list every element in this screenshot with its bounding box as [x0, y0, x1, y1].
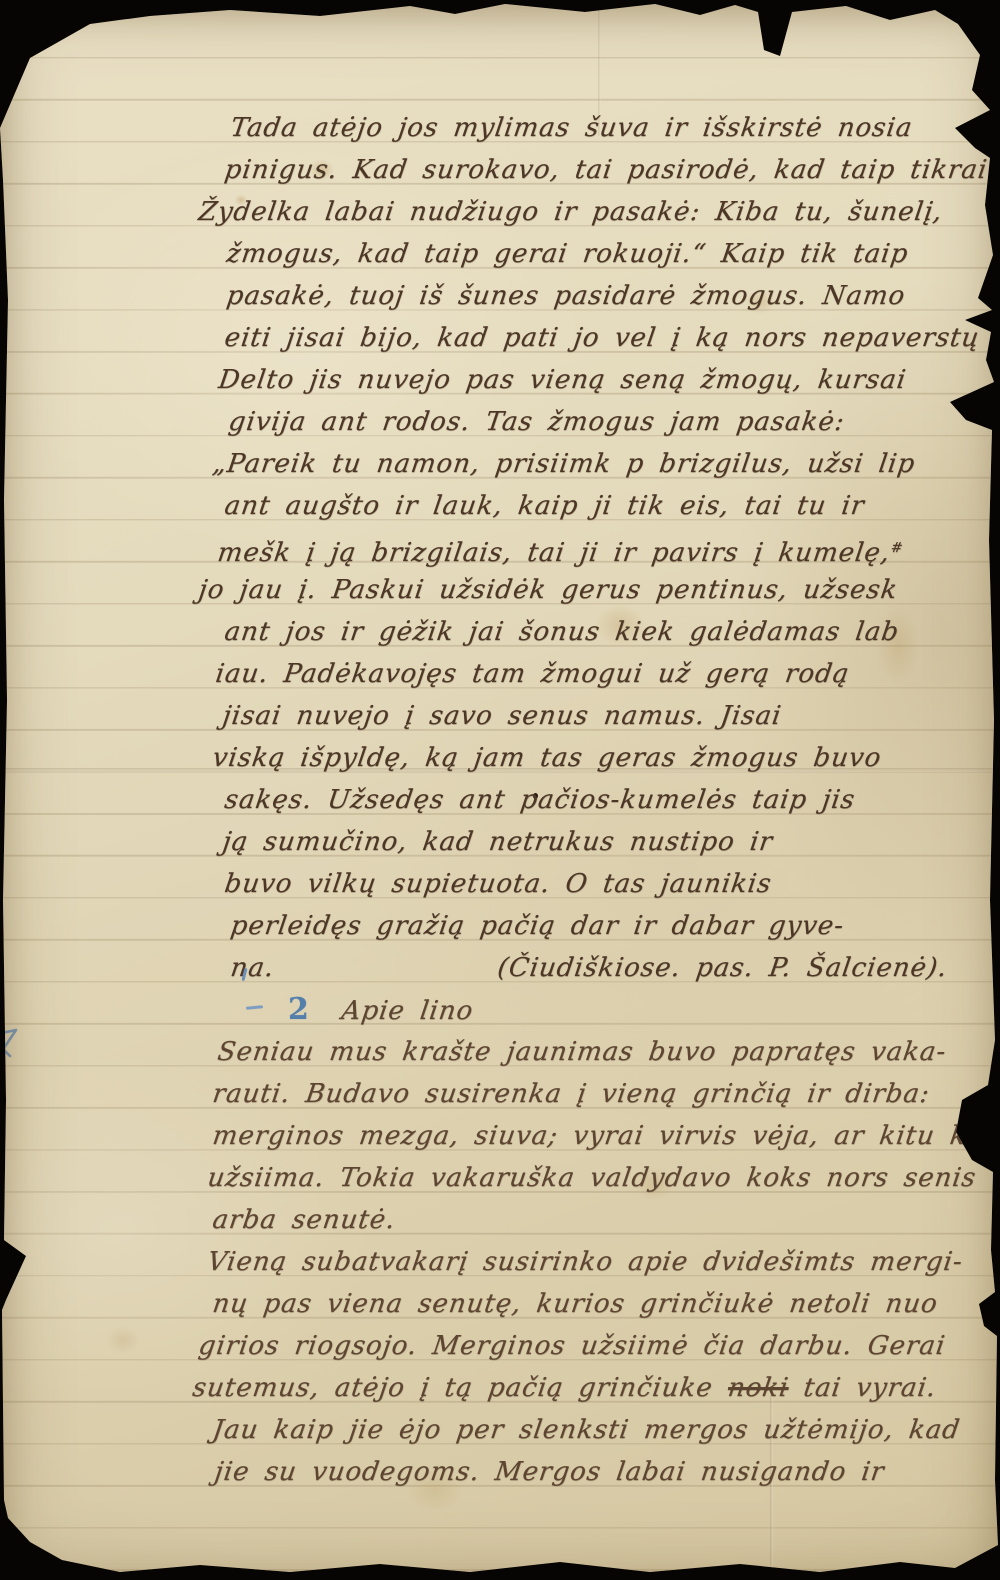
- handwritten-text: „Pareik tu namon, prisiimk p brizgilus, …: [210, 444, 918, 484]
- manuscript-line-31: sutemus, atėjo į tą pačią grinčiuke noki…: [0, 1368, 1000, 1410]
- handwritten-text: jo jau į. Paskui užsidėk gerus pentinus,…: [196, 570, 900, 610]
- manuscript-line-4: žmogus, kad taip gerai rokuoji.“ Kaip ti…: [0, 234, 1000, 276]
- manuscript-line-7: Delto jis nuvejo pas vieną seną žmogų, k…: [0, 360, 1000, 402]
- manuscript-line-9: „Pareik tu namon, prisiimk p brizgilus, …: [0, 444, 1000, 486]
- manuscript-line-15: jisai nuvejo į savo senus namus. Jisai: [0, 696, 1000, 738]
- manuscript-line-11: mešk į ją brizgilais, tai ji ir pavirs į…: [0, 528, 1000, 570]
- manuscript-line-23: Seniau mus krašte jaunimas buvo papratęs…: [0, 1032, 1000, 1074]
- handwritten-text: ant jos ir gėžik jai šonus kiek galėdama…: [222, 612, 902, 652]
- manuscript-line-21: na.(Čiudiškiose. pas. P. Šalcienė).: [0, 948, 1000, 990]
- handwritten-text: buvo vilkų supietuota. O tas jaunikis: [222, 864, 774, 904]
- manuscript-line-18: ją sumučino, kad netrukus nustipo ir: [0, 822, 1000, 864]
- handwritten-text: na.: [228, 948, 277, 988]
- scanned-manuscript-page: Tada atėjo jos mylimas šuva ir išskirstė…: [0, 0, 1000, 1580]
- manuscript-line-8: givija ant rodos. Tas žmogus jam pasakė:: [0, 402, 1000, 444]
- manuscript-line-32: Jau kaip jie ėjo per slenksti mergos užt…: [0, 1410, 1000, 1452]
- handwritten-text: girios riogsojo. Merginos užsiimė čia da…: [196, 1326, 948, 1366]
- handwritten-text: perleidęs gražią pačią dar ir dabar gyve…: [228, 906, 847, 946]
- handwritten-text: nų pas viena senutę, kurios grinčiukė ne…: [210, 1284, 941, 1324]
- manuscript-line-10: ant augšto ir lauk, kaip ji tik eis, tai…: [0, 486, 1000, 528]
- handwritten-text: Žydelka labai nudžiugo ir pasakė: Kiba t…: [196, 192, 945, 232]
- handwritten-text: Tada atėjo jos mylimas šuva ir išskirstė…: [228, 108, 915, 148]
- manuscript-line-24: rauti. Budavo susirenka į vieną grinčią …: [0, 1074, 1000, 1116]
- handwritten-text: ant augšto ir lauk, kaip ji tik eis, tai…: [222, 486, 867, 526]
- handwritten-text: jisai nuvejo į savo senus namus. Jisai: [220, 696, 784, 736]
- handwritten-text: Jau kaip jie ėjo per slenksti mergos užt…: [210, 1410, 963, 1450]
- manuscript-line-12: jo jau į. Paskui užsidėk gerus pentinus,…: [0, 570, 1000, 612]
- manuscript-line-26: užsiima. Tokia vakaruška valdydavo koks …: [0, 1158, 1000, 1200]
- handwritten-text: pinigus. Kad surokavo, tai pasirodė, kad…: [222, 150, 990, 190]
- handwritten-text: sutemus, atėjo į tą pačią grinčiuke noki…: [190, 1368, 939, 1408]
- struck-word: noki: [726, 1373, 791, 1403]
- manuscript-line-13: ant jos ir gėžik jai šonus kiek galėdama…: [0, 612, 1000, 654]
- handwritten-text: Apie lino: [339, 991, 476, 1031]
- manuscript-line-33: jie su vuodegoms. Mergos labai nusigando…: [0, 1452, 1000, 1494]
- handwritten-text: givija ant rodos. Tas žmogus jam pasakė:: [226, 402, 847, 442]
- handwritten-text: užsiima. Tokia vakaruška valdydavo koks …: [205, 1158, 979, 1198]
- manuscript-line-30: girios riogsojo. Merginos užsiimė čia da…: [0, 1326, 1000, 1368]
- handwritten-text: Delto jis nuvejo pas vieną seną žmogų, k…: [216, 360, 909, 400]
- manuscript-paper: Tada atėjo jos mylimas šuva ir išskirstė…: [0, 0, 1000, 1580]
- manuscript-line-19: buvo vilkų supietuota. O tas jaunikis: [0, 864, 1000, 906]
- manuscript-line-6: eiti jisai bijo, kad pati jo vel į ką no…: [0, 318, 1000, 360]
- manuscript-line-17: sakęs. Užsedęs ant pačios-kumelės taip j…: [0, 780, 1000, 822]
- handwritten-text: žmogus, kad taip gerai rokuoji.“ Kaip ti…: [224, 234, 911, 274]
- insertion-mark: #: [890, 540, 904, 556]
- manuscript-line-2: pinigus. Kad surokavo, tai pasirodė, kad…: [0, 150, 1000, 192]
- manuscript-line-29: nų pas viena senutę, kurios grinčiukė ne…: [0, 1284, 1000, 1326]
- manuscript-line-27: arba senutė.: [0, 1200, 1000, 1242]
- handwritten-text: merginos mezga, siuva; vyrai virvis vėja…: [210, 1116, 1000, 1156]
- handwritten-text: pasakė, tuoj iš šunes pasidarė žmogus. N…: [224, 276, 908, 316]
- section-heading-line: 2Apie lino: [0, 990, 1000, 1032]
- handwritten-text: rauti. Budavo susirenka į vieną grinčią …: [210, 1074, 933, 1114]
- handwritten-text: ją sumučino, kad netrukus nustipo ir: [220, 822, 776, 862]
- handwritten-text: Seniau mus krašte jaunimas buvo papratęs…: [215, 1032, 949, 1072]
- manuscript-line-14: iau. Padėkavojęs tam žmogui už gerą rodą: [0, 654, 1000, 696]
- manuscript-line-1: Tada atėjo jos mylimas šuva ir išskirstė…: [0, 108, 1000, 150]
- handwritten-text: sakęs. Užsedęs ant pačios-kumelės taip j…: [222, 780, 858, 820]
- handwritten-text: jie su vuodegoms. Mergos labai nusigando…: [212, 1452, 887, 1492]
- manuscript-line-20: perleidęs gražią pačią dar ir dabar gyve…: [0, 906, 1000, 948]
- handwritten-text: arba senutė.: [210, 1200, 398, 1240]
- handwritten-text: iau. Padėkavojęs tam žmogui už gerą rodą: [213, 654, 852, 694]
- handwritten-text: eiti jisai bijo, kad pati jo vel į ką no…: [222, 318, 982, 358]
- manuscript-line-25: merginos mezga, siuva; vyrai virvis vėja…: [0, 1116, 1000, 1158]
- manuscript-line-3: Žydelka labai nudžiugo ir pasakė: Kiba t…: [0, 192, 1000, 234]
- attribution-note: (Čiudiškiose. pas. P. Šalcienė).: [495, 948, 950, 988]
- manuscript-line-28: Vieną subatvakarį susirinko apie dvideši…: [0, 1242, 1000, 1284]
- manuscript-text: Tada atėjo jos mylimas šuva ir išskirstė…: [0, 108, 1000, 1494]
- handwritten-text: Vieną subatvakarį susirinko apie dvideši…: [205, 1242, 966, 1282]
- manuscript-line-5: pasakė, tuoj iš šunes pasidarė žmogus. N…: [0, 276, 1000, 318]
- handwritten-text: mešk į ją brizgilais, tai ji ir pavirs į…: [215, 528, 905, 573]
- handwritten-text: viską išpyldę, ką jam tas geras žmogus b…: [210, 738, 884, 778]
- manuscript-line-16: viską išpyldę, ką jam tas geras žmogus b…: [0, 738, 1000, 780]
- blue-number-stamp: 2: [288, 990, 309, 1030]
